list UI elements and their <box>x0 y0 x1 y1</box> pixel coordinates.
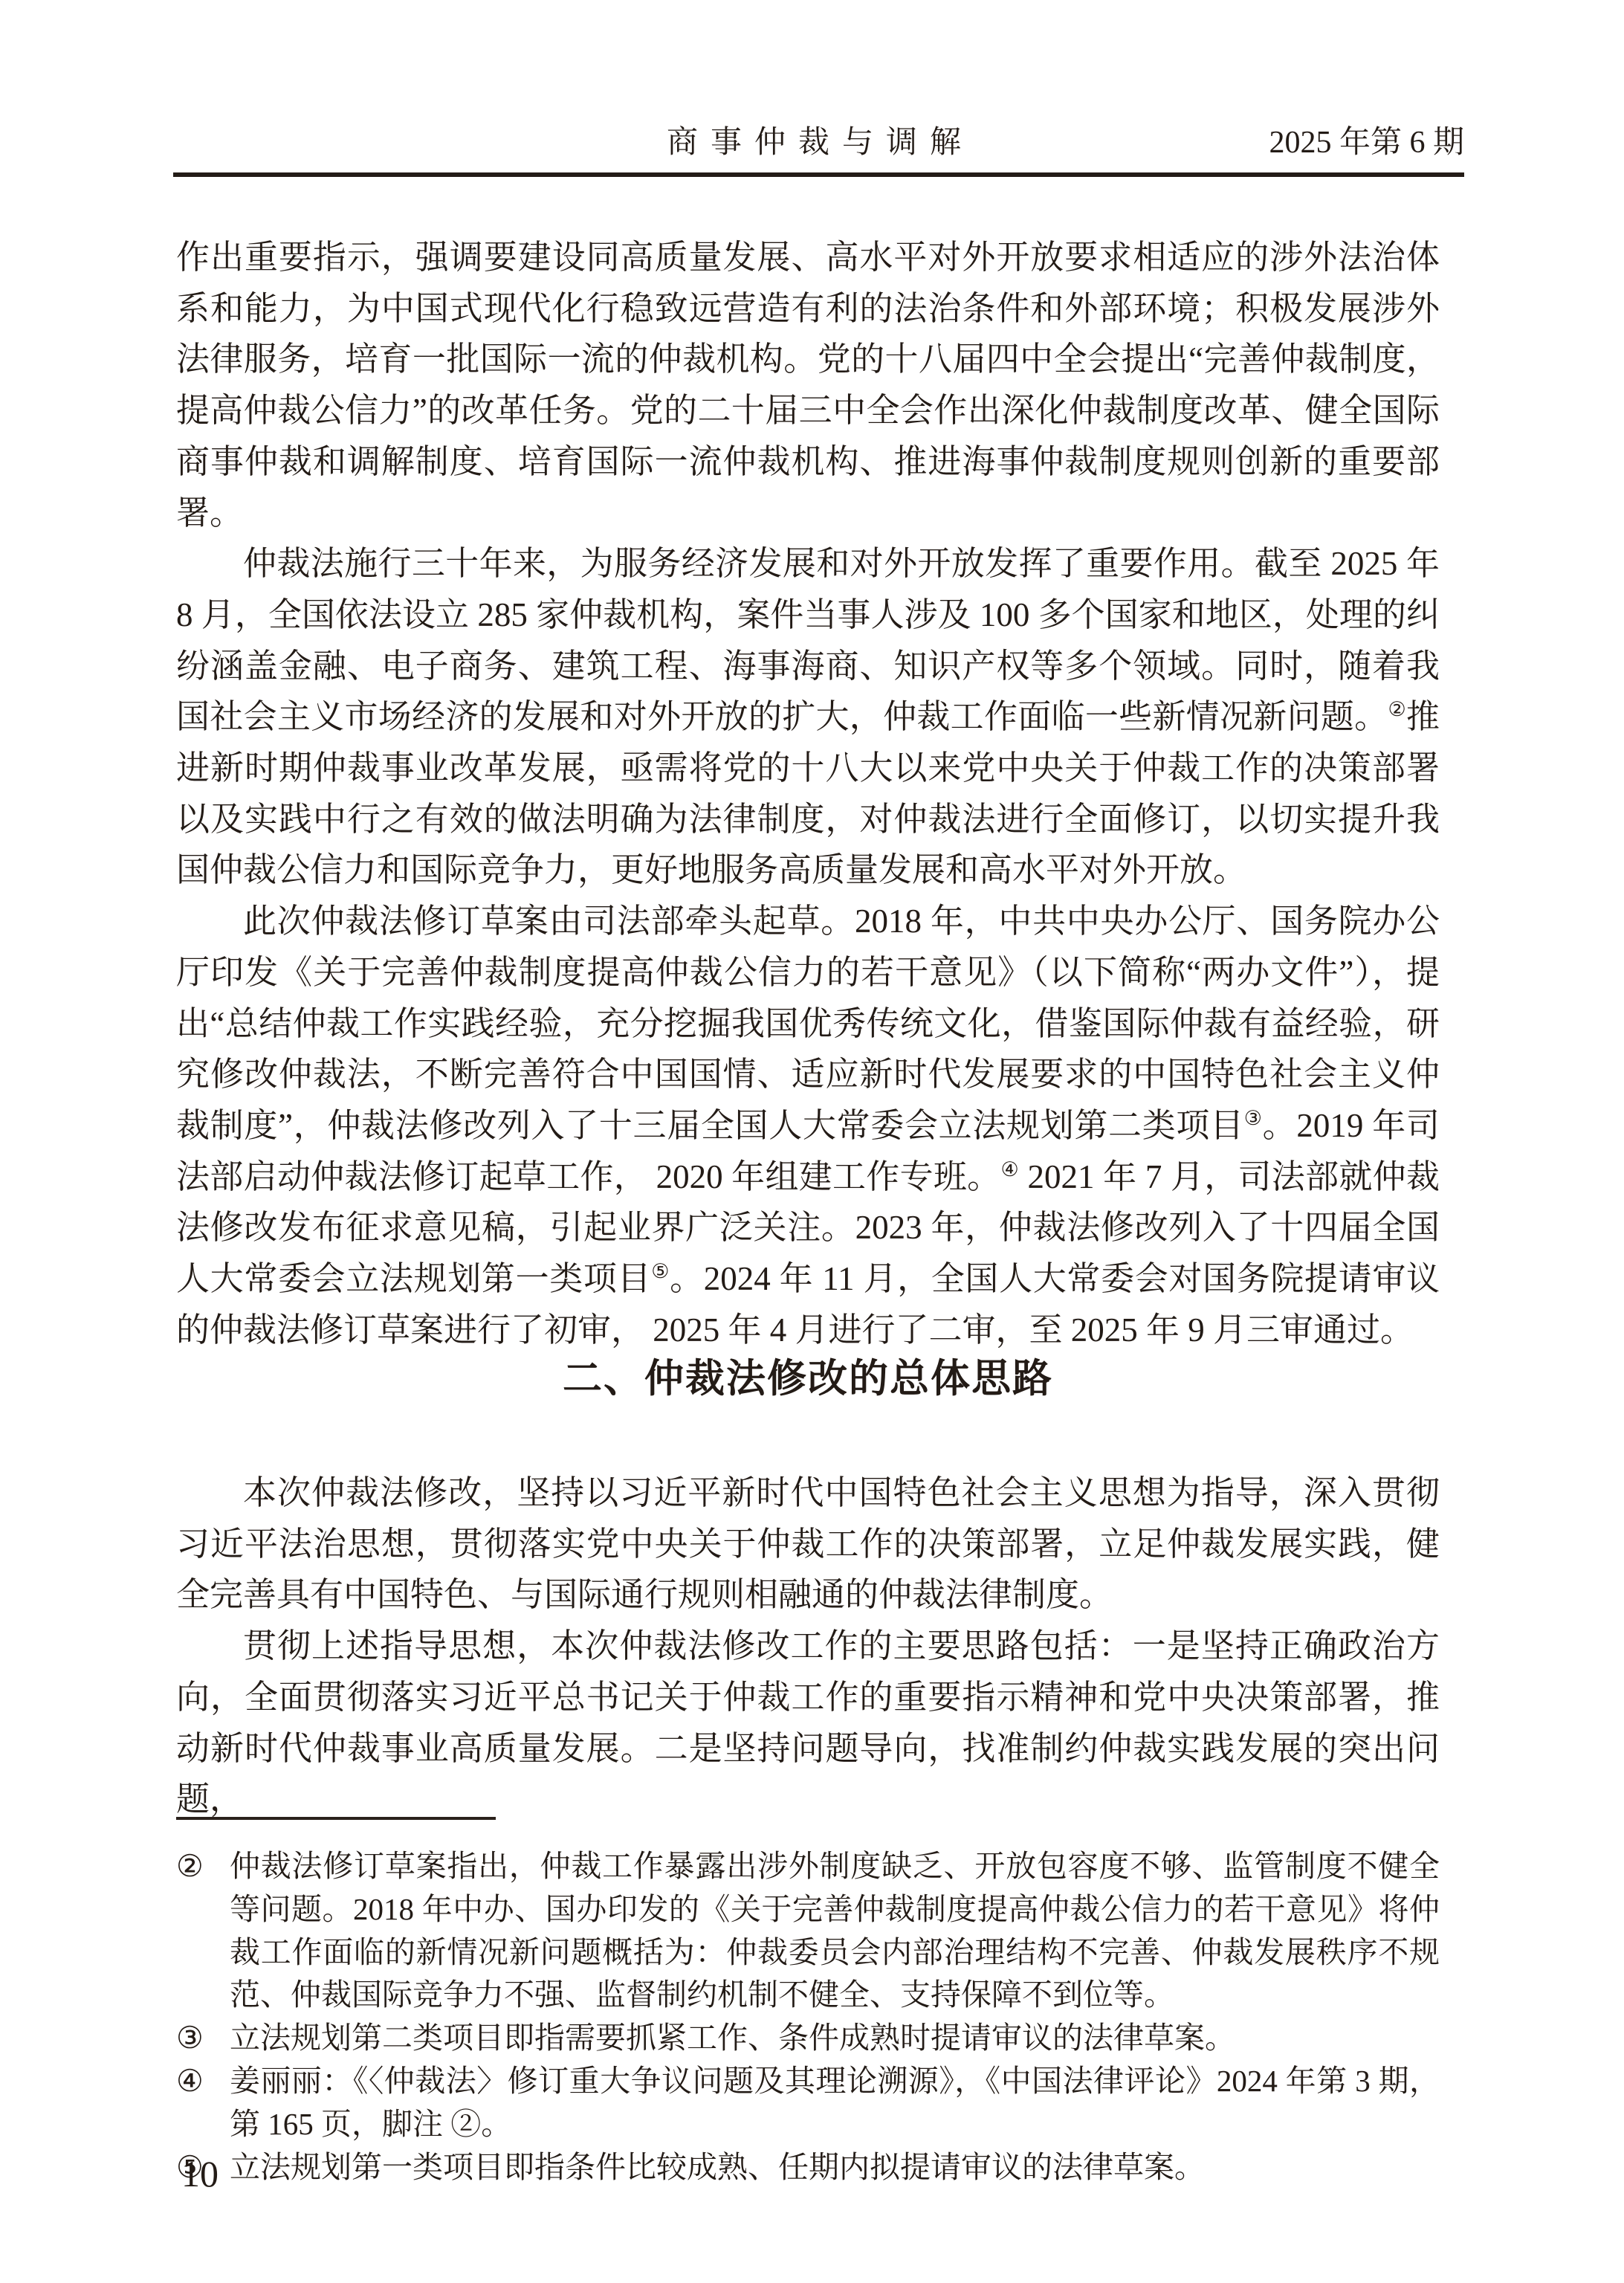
footnote-3: ③ 立法规划第二类项目即指需要抓紧工作、条件成熟时提请审议的法律草案。 <box>176 2017 1440 2060</box>
paragraph-2: 仲裁法施行三十年来，为服务经济发展和对外开放发挥了重要作用。截至 2025 年 … <box>176 538 1440 896</box>
footnote-4-text: 姜丽丽：《〈仲裁法〉修订重大争议问题及其理论溯源》，《中国法律评论》2024 年… <box>230 2060 1440 2146</box>
footnote-ref-2: ② <box>1388 698 1406 720</box>
journal-page: 商事仲裁与调解 2025 年第 6 期 作出重要指示，强调要建设同高质量发展、高… <box>0 0 1624 2283</box>
footnote-4-marker: ④ <box>176 2060 230 2103</box>
paragraph-1-text: 作出重要指示，强调要建设同高质量发展、高水平对外开放要求相适应的涉外法治体系和能… <box>176 239 1440 532</box>
footnote-separator <box>176 1817 496 1820</box>
paragraph-2-text: 仲裁法施行三十年来，为服务经济发展和对外开放发挥了重要作用。截至 2025 年 … <box>176 545 1440 735</box>
header-rule <box>173 172 1464 177</box>
body-block-2: 本次仲裁法修改，坚持以习近平新时代中国特色社会主义思想为指导，深入贯彻习近平法治… <box>176 1467 1440 1825</box>
footnote-4: ④ 姜丽丽：《〈仲裁法〉修订重大争议问题及其理论溯源》，《中国法律评论》2024… <box>176 2060 1440 2146</box>
footnote-3-marker: ③ <box>176 2017 230 2060</box>
footnote-2: ② 仲裁法修订草案指出，仲裁工作暴露出涉外制度缺乏、开放包容度不够、监管制度不健… <box>176 1845 1440 2017</box>
body-block-1: 作出重要指示，强调要建设同高质量发展、高水平对外开放要求相适应的涉外法治体系和能… <box>176 232 1440 1355</box>
footnote-ref-4: ④ <box>1000 1158 1019 1181</box>
paragraph-5-text: 贯彻上述指导思想，本次仲裁法修改工作的主要思路包括：一是坚持正确政治方向，全面贯… <box>176 1627 1440 1818</box>
section-heading: 二、仲裁法修改的总体思路 <box>176 1356 1440 1402</box>
paragraph-5: 贯彻上述指导思想，本次仲裁法修改工作的主要思路包括：一是坚持正确政治方向，全面贯… <box>176 1621 1440 1825</box>
footnote-ref-5: ⑤ <box>651 1260 670 1282</box>
footnote-ref-3: ③ <box>1244 1107 1263 1129</box>
footnote-3-text: 立法规划第二类项目即指需要抓紧工作、条件成熟时提请审议的法律草案。 <box>230 2017 1440 2060</box>
paragraph-3: 此次仲裁法修订草案由司法部牵头起草。2018 年，中共中央办公厅、国务院办公厅印… <box>176 896 1440 1355</box>
paragraph-4-text: 本次仲裁法修改，坚持以习近平新时代中国特色社会主义思想为指导，深入贯彻习近平法治… <box>176 1474 1440 1613</box>
footnote-5: ⑤ 立法规划第一类项目即指条件比较成熟、任期内拟提请审议的法律草案。 <box>176 2146 1440 2189</box>
page-number: 10 <box>181 2152 219 2195</box>
paragraph-1: 作出重要指示，强调要建设同高质量发展、高水平对外开放要求相适应的涉外法治体系和能… <box>176 232 1440 538</box>
paragraph-4: 本次仲裁法修改，坚持以习近平新时代中国特色社会主义思想为指导，深入贯彻习近平法治… <box>176 1467 1440 1621</box>
footnote-5-text: 立法规划第一类项目即指条件比较成熟、任期内拟提请审议的法律草案。 <box>230 2146 1440 2189</box>
issue-info: 2025 年第 6 期 <box>1269 125 1464 161</box>
running-head: 商事仲裁与调解 2025 年第 6 期 <box>176 125 1464 162</box>
footnote-2-marker: ② <box>176 1845 230 1888</box>
footnotes: ② 仲裁法修订草案指出，仲裁工作暴露出涉外制度缺乏、开放包容度不够、监管制度不健… <box>176 1845 1440 2189</box>
footnote-2-text: 仲裁法修订草案指出，仲裁工作暴露出涉外制度缺乏、开放包容度不够、监管制度不健全等… <box>230 1845 1440 2017</box>
